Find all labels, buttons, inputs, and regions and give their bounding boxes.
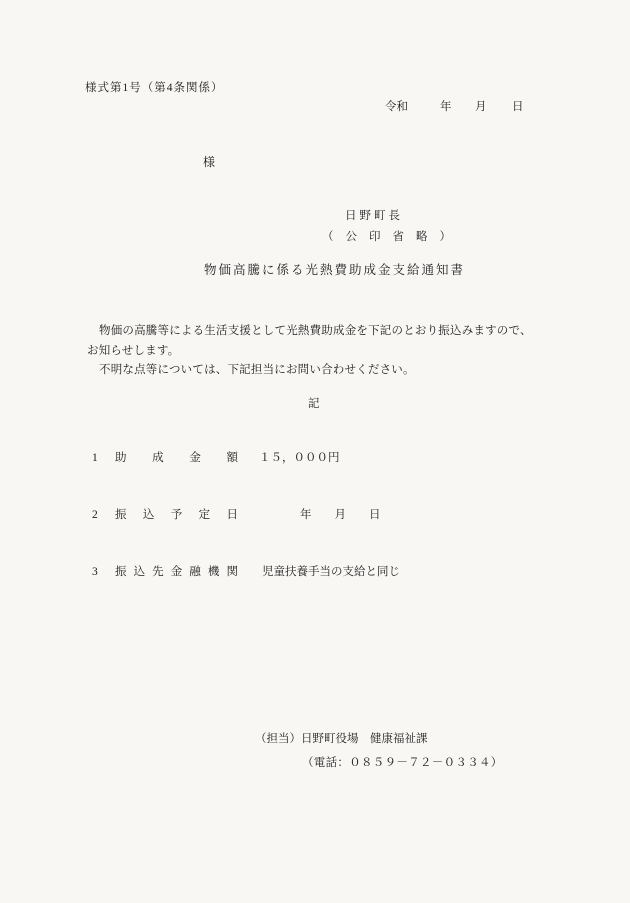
item-value: １５，０００円 xyxy=(259,451,340,466)
document-page: 様式第1号（第4条関係） 令和 年 月 日 様 日野町長 （公印省略） 物価高騰… xyxy=(0,0,630,903)
date-day-label: 日 xyxy=(512,100,524,115)
item-label: 振込先金融機関 xyxy=(115,565,238,580)
item-number: 3 xyxy=(92,565,115,580)
record-marker: 記 xyxy=(308,397,320,412)
item-value: 年 月 日 xyxy=(300,508,381,523)
seal-omitted-note: （公印省略） xyxy=(322,230,463,245)
item-row-transfer-date: 2振込予定日年 月 日 xyxy=(92,508,381,523)
footer-phone-number: （電話：０８５９－７２－０３３４） xyxy=(302,756,503,771)
body-text-line-3: 不明な点等については、下記担当にお問い合わせください。 xyxy=(87,363,415,378)
item-number: 2 xyxy=(92,508,115,523)
item-row-bank-institution: 3振込先金融機関児童扶養手当の支給と同じ xyxy=(92,565,400,580)
addressee-suffix: 様 xyxy=(203,155,215,170)
item-row-subsidy-amount: 1助成金額１５，０００円 xyxy=(92,451,340,466)
item-label: 振込予定日 xyxy=(115,508,238,523)
item-value: 児童扶養手当の支給と同じ xyxy=(262,565,400,580)
date-year-label: 年 xyxy=(440,100,452,115)
body-text-line-1: 物価の高騰等による生活支援として光熱費助成金を下記のとおり振込みますので、 xyxy=(87,324,532,339)
date-month-label: 月 xyxy=(475,100,487,115)
sender-name: 日野町長 xyxy=(345,209,403,224)
item-label: 助成金額 xyxy=(115,451,238,466)
date-era-label: 令和 xyxy=(385,100,408,115)
item-number: 1 xyxy=(92,451,115,466)
body-text-line-2: お知らせします。 xyxy=(87,344,179,359)
footer-contact-department: （担当）日野町役場 健康福祉課 xyxy=(255,732,428,747)
form-number: 様式第1号（第4条関係） xyxy=(85,81,224,96)
document-title: 物価高騰に係る光熱費助成金支給通知書 xyxy=(204,263,465,278)
